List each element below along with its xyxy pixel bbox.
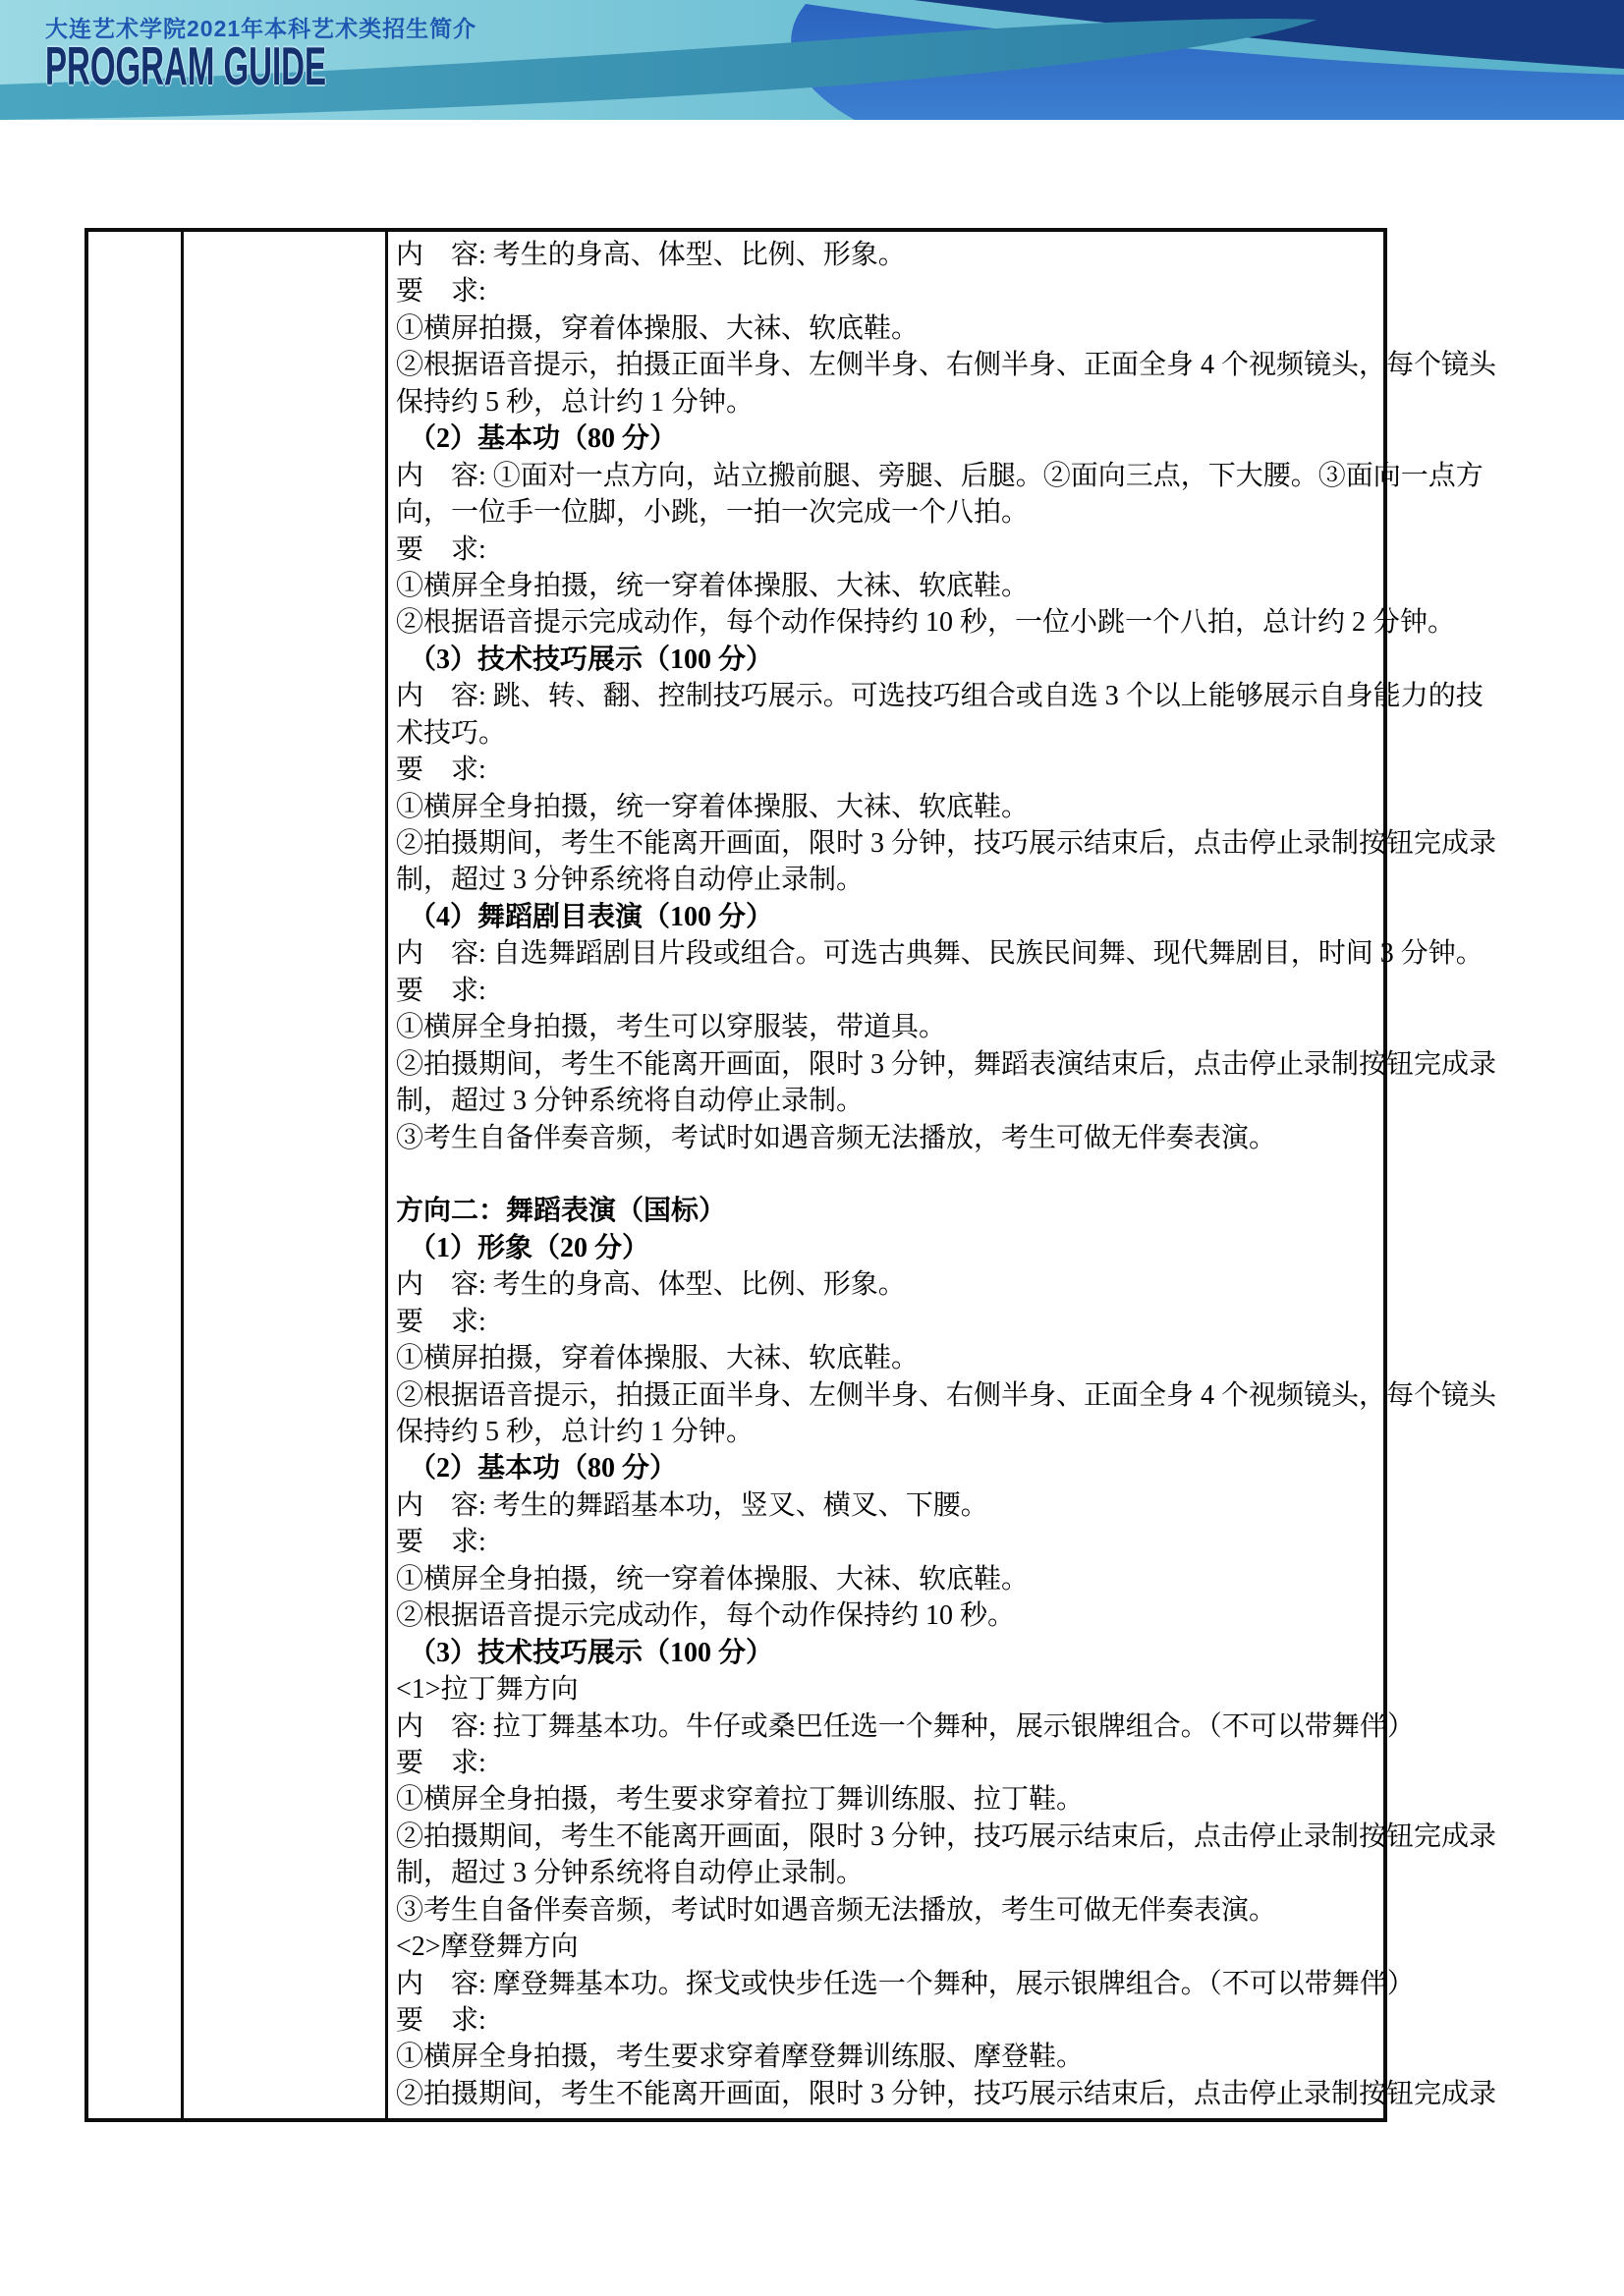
text-line: ①横屏全身拍摄，考生可以穿服装，带道具。	[396, 1009, 1378, 1045]
blank-line	[396, 1156, 1378, 1193]
text-line: 保持约 5 秒，总计约 1 分钟。	[396, 1414, 1378, 1450]
text-line: 要 求:	[396, 273, 1378, 309]
text-line: 内 容: 考生的舞蹈基本功，竖叉、横叉、下腰。	[396, 1487, 1378, 1524]
text-line: ①横屏全身拍摄，考生要求穿着摩登舞训练服、摩登鞋。	[396, 2039, 1378, 2075]
text-line: ①横屏拍摄，穿着体操服、大袜、软底鞋。	[396, 1340, 1378, 1376]
text-line: ③考生自备伴奏音频，考试时如遇音频无法播放，考生可做无伴奏表演。	[396, 1892, 1378, 1929]
section-heading-line: （3）技术技巧展示（100 分）	[396, 1635, 1378, 1671]
text-line: ①横屏拍摄，穿着体操服、大袜、软底鞋。	[396, 310, 1378, 347]
text-line: ②拍摄期间，考生不能离开画面，限时 3 分钟，技巧展示结束后，点击停止录制按钮完…	[396, 825, 1378, 862]
text-line: 要 求:	[396, 1745, 1378, 1781]
section-heading-line: （3）技术技巧展示（100 分）	[396, 642, 1378, 678]
exam-requirements-table: 内 容: 考生的身高、体型、比例、形象。要 求:①横屏拍摄，穿着体操服、大袜、软…	[84, 228, 1387, 2122]
text-line: 内 容: 跳、转、翻、控制技巧展示。可选技巧组合或自选 3 个以上能够展示自身能…	[396, 678, 1378, 714]
table-empty-cell-left	[88, 232, 181, 2118]
text-line: 制，超过 3 分钟系统将自动停止录制。	[396, 1083, 1378, 1119]
text-line: 内 容: ①面对一点方向，站立搬前腿、旁腿、后腿。②面向三点，下大腰。③面向一点…	[396, 458, 1378, 494]
text-line: 要 求:	[396, 2002, 1378, 2039]
text-line: ②拍摄期间，考生不能离开画面，限时 3 分钟，技巧展示结束后，点击停止录制按钮完…	[396, 1819, 1378, 1855]
section-heading-line: （2）基本功（80 分）	[396, 420, 1378, 457]
text-line: ①横屏全身拍摄，统一穿着体操服、大袜、软底鞋。	[396, 568, 1378, 604]
section-heading-line: （2）基本功（80 分）	[396, 1450, 1378, 1486]
text-line: 制，超过 3 分钟系统将自动停止录制。	[396, 862, 1378, 898]
text-line: <1>拉丁舞方向	[396, 1671, 1378, 1708]
text-line: 内 容: 考生的身高、体型、比例、形象。	[396, 1266, 1378, 1303]
text-line: 要 求:	[396, 752, 1378, 788]
text-line: ②根据语音提示完成动作，每个动作保持约 10 秒。	[396, 1597, 1378, 1634]
text-line: 制，超过 3 分钟系统将自动停止录制。	[396, 1855, 1378, 1891]
exam-text-column: 内 容: 考生的身高、体型、比例、形象。要 求:①横屏拍摄，穿着体操服、大袜、软…	[396, 237, 1378, 2112]
text-line: ②根据语音提示，拍摄正面半身、左侧半身、右侧半身、正面全身 4 个视频镜头，每个…	[396, 1377, 1378, 1414]
text-line: ②根据语音提示，拍摄正面半身、左侧半身、右侧半身、正面全身 4 个视频镜头，每个…	[396, 347, 1378, 383]
text-line: ①横屏全身拍摄，考生要求穿着拉丁舞训练服、拉丁鞋。	[396, 1781, 1378, 1818]
text-line: ②根据语音提示完成动作，每个动作保持约 10 秒，一位小跳一个八拍，总计约 2 …	[396, 604, 1378, 641]
program-guide-title: PROGRAM GUIDE	[45, 39, 326, 93]
text-line: 要 求:	[396, 1304, 1378, 1340]
table-empty-cell-middle	[184, 232, 385, 2118]
text-line: 要 求:	[396, 532, 1378, 568]
text-line: ②拍摄期间，考生不能离开画面，限时 3 分钟，舞蹈表演结束后，点击停止录制按钮完…	[396, 1046, 1378, 1083]
section-heading-line: （4）舞蹈剧目表演（100 分）	[396, 899, 1378, 935]
page: 大连艺术学院2021年本科艺术类招生简介 PROGRAM GUIDE 内 容: …	[0, 0, 1624, 2296]
text-line: ①横屏全身拍摄，统一穿着体操服、大袜、软底鞋。	[396, 789, 1378, 825]
text-line: 内 容: 拉丁舞基本功。牛仔或桑巴任选一个舞种，展示银牌组合。（不可以带舞伴）	[396, 1708, 1378, 1745]
text-line: 术技巧。	[396, 715, 1378, 752]
text-line: <2>摩登舞方向	[396, 1929, 1378, 1965]
text-line: ③考生自备伴奏音频，考试时如遇音频无法播放，考生可做无伴奏表演。	[396, 1120, 1378, 1156]
section-heading-line: 方向二：舞蹈表演（国标）	[396, 1193, 1378, 1229]
page-header-banner: 大连艺术学院2021年本科艺术类招生简介 PROGRAM GUIDE	[0, 0, 1624, 120]
text-line: 要 求:	[396, 1524, 1378, 1560]
section-heading-line: （1）形象（20 分）	[396, 1230, 1378, 1266]
text-line: 内 容: 考生的身高、体型、比例、形象。	[396, 237, 1378, 273]
text-line: 要 求:	[396, 973, 1378, 1009]
text-line: 保持约 5 秒，总计约 1 分钟。	[396, 384, 1378, 420]
text-line: 向，一位手一位脚，小跳，一拍一次完成一个八拍。	[396, 494, 1378, 531]
text-line: ①横屏全身拍摄，统一穿着体操服、大袜、软底鞋。	[396, 1561, 1378, 1597]
text-line: ②拍摄期间，考生不能离开画面，限时 3 分钟，技巧展示结束后，点击停止录制按钮完…	[396, 2076, 1378, 2112]
text-line: 内 容: 摩登舞基本功。探戈或快步任选一个舞种，展示银牌组合。（不可以带舞伴）	[396, 1966, 1378, 2002]
text-line: 内 容: 自选舞蹈剧目片段或组合。可选古典舞、民族民间舞、现代舞剧目，时间 3 …	[396, 935, 1378, 972]
table-column-divider-2	[385, 232, 388, 2118]
